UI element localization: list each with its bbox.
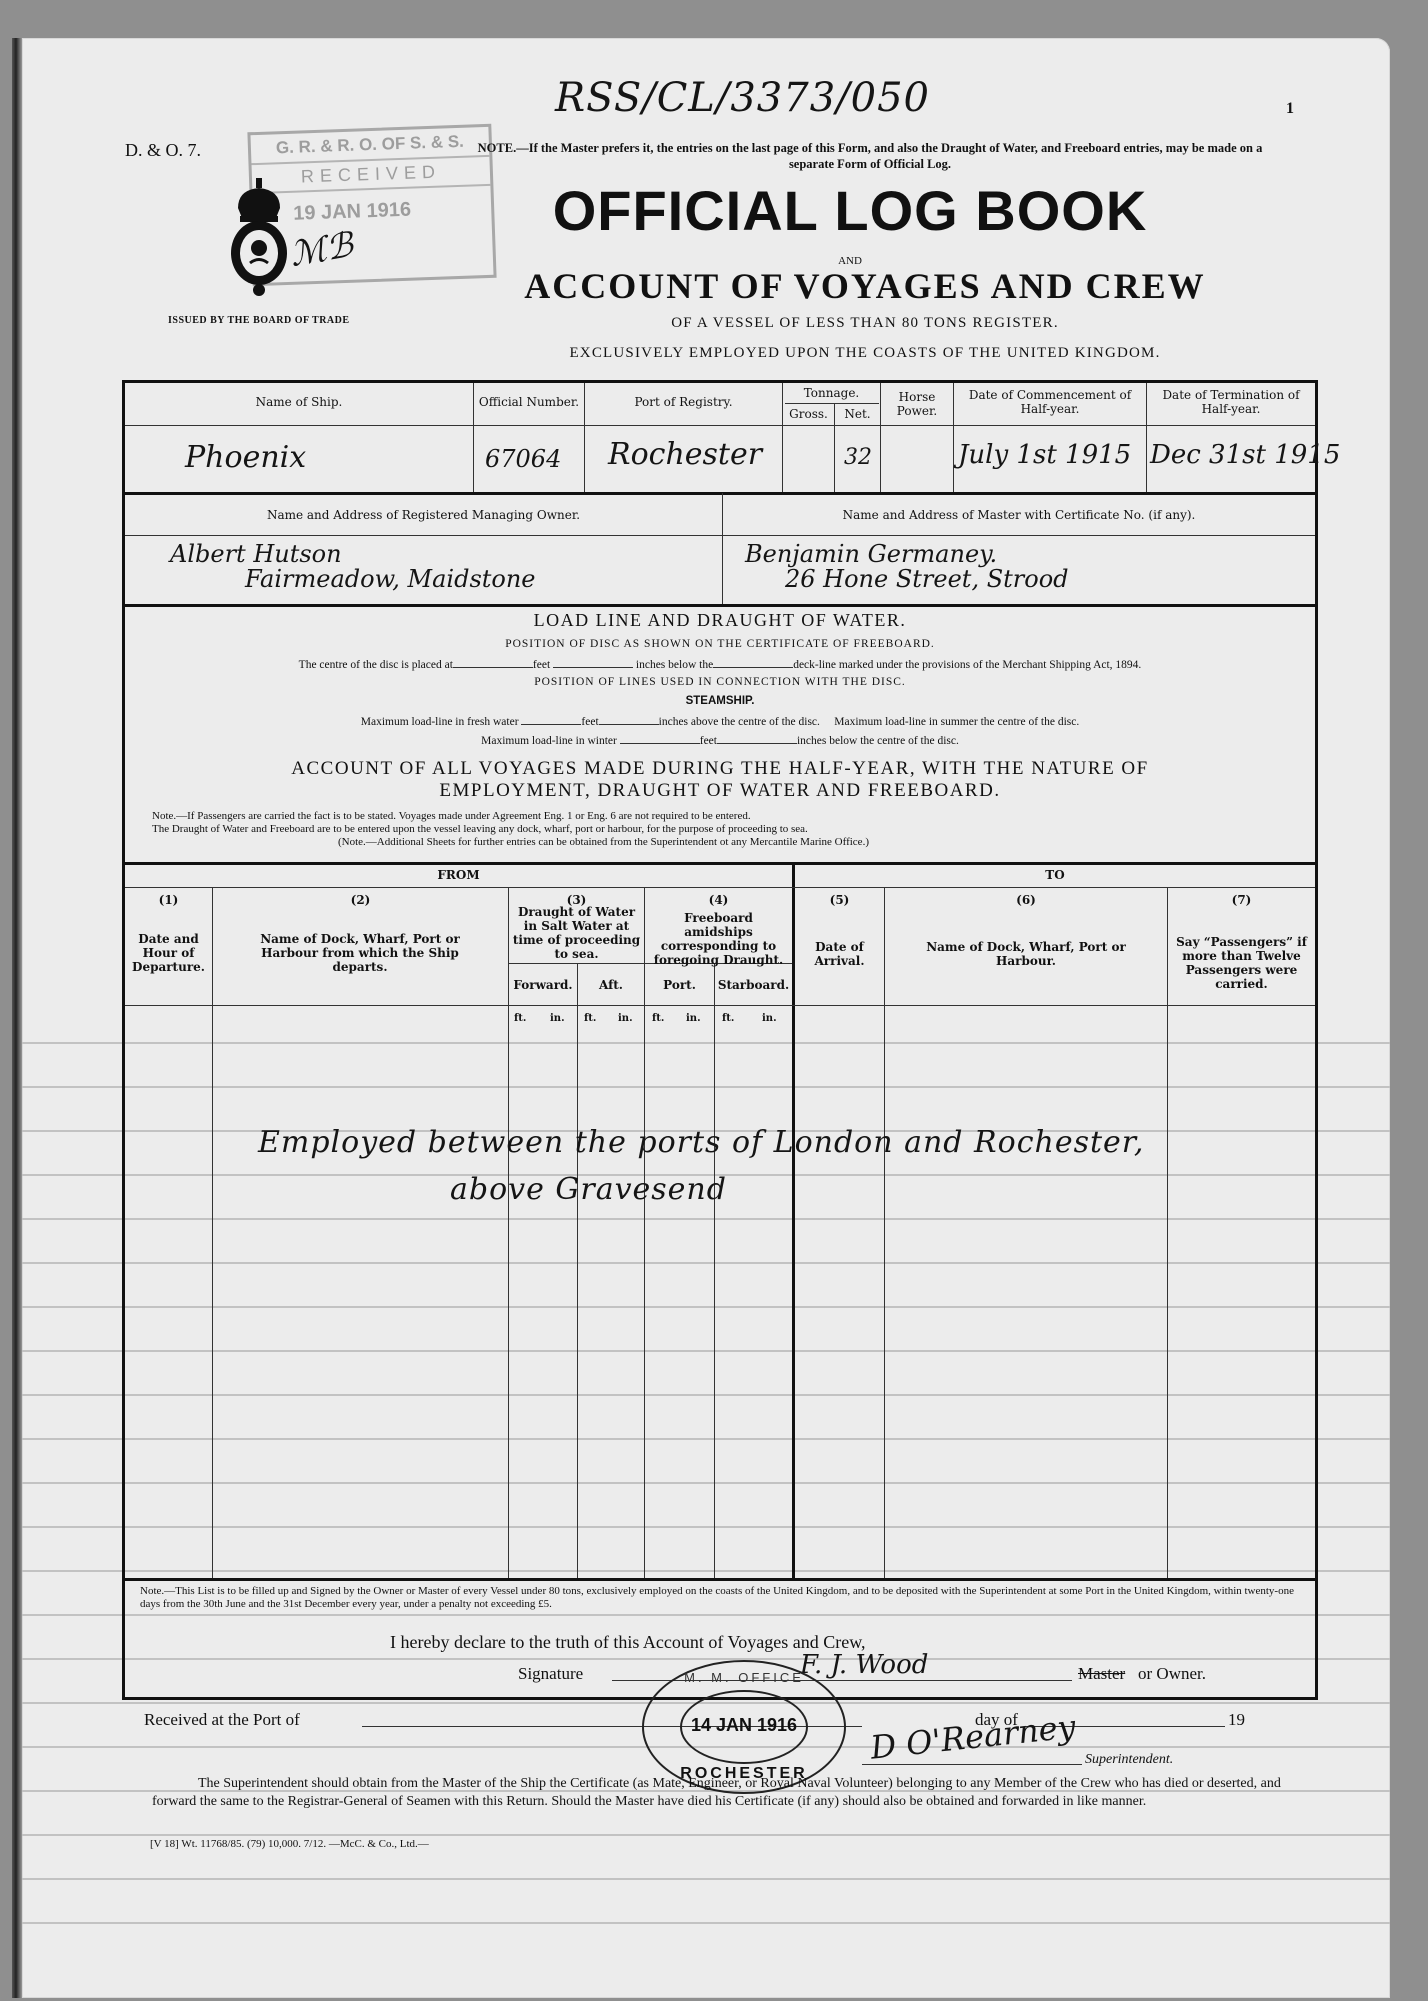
- value-date-termination: Dec 31st 1915: [1150, 440, 1340, 470]
- disc-position-line: The centre of the disc is placed atfeet …: [125, 657, 1315, 671]
- header-gross: Gross.: [783, 407, 834, 421]
- col-6-label: Name of Dock, Wharf, Port or Harbour.: [905, 940, 1147, 968]
- declaration-statement: I hereby declare to the truth of this Ac…: [390, 1632, 866, 1653]
- load-line-title: LOAD LINE AND DRAUGHT OF WATER.: [125, 610, 1315, 631]
- page-number: 1: [1286, 100, 1294, 118]
- winter-label-b: feet: [700, 735, 717, 747]
- summer-line: Maximum load-line in summer the centre o…: [834, 716, 1079, 728]
- subcol-port: Port.: [645, 978, 714, 992]
- col-5-num: (5): [795, 893, 884, 907]
- col-4-label: Freeboard amidships corresponding to for…: [648, 911, 789, 967]
- voyages-title-1: ACCOUNT OF ALL VOYAGES MADE DURING THE H…: [125, 758, 1315, 780]
- voyages-note-2: The Draught of Water and Freeboard are t…: [152, 823, 1302, 836]
- declaration-note: Note.—This List is to be filled up and S…: [140, 1585, 1300, 1611]
- winter-label-a: Maximum load-line in winter: [481, 735, 617, 747]
- owner-name: Albert Hutson: [170, 540, 342, 568]
- year-prefix: 19: [1228, 1710, 1245, 1730]
- unit-ft: ft.: [584, 1012, 596, 1026]
- lines-title: POSITION OF LINES USED IN CONNECTION WIT…: [125, 676, 1315, 688]
- value-name-of-ship: Phoenix: [185, 440, 306, 475]
- signature-label: Signature: [518, 1664, 583, 1684]
- master-name: Benjamin Germaney.: [745, 540, 997, 568]
- value-date-commencement: July 1st 1915: [958, 440, 1131, 470]
- header-name-of-ship: Name of Ship.: [125, 395, 473, 409]
- header-date-termination: Date of Termination of Half-year.: [1147, 388, 1315, 416]
- disc-label-c: inches below the: [636, 659, 713, 671]
- subcol-aft: Aft.: [578, 978, 644, 992]
- book-spine: [12, 38, 22, 1998]
- form-code: D. & O. 7.: [125, 140, 201, 161]
- fresh-label-c: inches above the centre of the disc.: [659, 716, 820, 728]
- royal-crest-icon: [228, 178, 290, 298]
- rochester-stamp: M. M. OFFICE 14 JAN 1916 ROCHESTER: [642, 1660, 846, 1794]
- fresh-label-b: feet: [581, 716, 598, 728]
- superintendent-line[interactable]: [862, 1764, 1082, 1765]
- header-owner: Name and Address of Registered Managing …: [125, 508, 722, 522]
- header-official-number: Official Number.: [474, 395, 584, 409]
- issued-by: ISSUED BY THE BOARD OF TRADE: [168, 315, 350, 326]
- header-net: Net.: [835, 407, 880, 421]
- disc-position-title: POSITION OF DISC AS SHOWN ON THE CERTIFI…: [125, 638, 1315, 650]
- unit-in: in.: [618, 1012, 633, 1026]
- stamp-date: 14 JAN 1916: [644, 1715, 844, 1736]
- stamp-top-text: M. M. OFFICE: [644, 1670, 844, 1685]
- voyages-note-3: (Note.—Additional Sheets for further ent…: [338, 836, 1318, 849]
- top-note: NOTE.—If the Master prefers it, the entr…: [455, 140, 1285, 172]
- to-label: TO: [795, 868, 1315, 882]
- winter-line: Maximum load-line in winter feetinches b…: [125, 733, 1315, 747]
- voyages-note-1: Note.—If Passengers are carried the fact…: [152, 810, 1302, 823]
- disc-inches-blank[interactable]: [553, 657, 633, 668]
- winter-inches-blank[interactable]: [717, 733, 797, 744]
- disc-label-d: deck-line marked under the provisions of…: [793, 659, 1141, 671]
- vessel-class-line: OF A VESSEL OF LESS THAN 80 TONS REGISTE…: [455, 315, 1275, 332]
- fresh-label-a: Maximum load-line in fresh water: [361, 716, 519, 728]
- page-title: OFFICIAL LOG BOOK: [500, 178, 1200, 243]
- voyage-entry-line2: above Gravesend: [450, 1172, 727, 1207]
- steamship-label: STEAMSHIP.: [125, 695, 1315, 707]
- unit-ft: ft.: [514, 1012, 526, 1026]
- header-port-of-registry: Port of Registry.: [585, 395, 782, 409]
- owner-address: Fairmeadow, Maidstone: [245, 565, 536, 593]
- unit-in: in.: [550, 1012, 565, 1026]
- value-official-number: 67064: [485, 445, 561, 473]
- superintendent-instruction: The Superintendent should obtain from th…: [152, 1775, 1317, 1811]
- master-struck: Master: [1078, 1664, 1125, 1684]
- col-1-label: Date and Hour of Departure.: [130, 932, 207, 974]
- col-3-label: Draught of Water in Salt Water at time o…: [512, 905, 641, 961]
- header-horse-power: Horse Power.: [881, 390, 953, 418]
- disc-feet-blank[interactable]: [453, 657, 533, 668]
- voyages-title-2: EMPLOYMENT, DRAUGHT OF WATER AND FREEBOA…: [125, 780, 1315, 802]
- voyage-entry-line1: Employed between the ports of London and…: [258, 1125, 1144, 1160]
- unit-in: in.: [762, 1012, 777, 1026]
- col-2-num: (2): [213, 893, 508, 907]
- page-subtitle: ACCOUNT OF VOYAGES AND CREW: [455, 265, 1275, 307]
- col-6-num: (6): [885, 893, 1167, 907]
- or-owner: or Owner.: [1138, 1664, 1206, 1684]
- col-7-num: (7): [1168, 893, 1315, 907]
- col-5-label: Date of Arrival.: [800, 940, 879, 968]
- fresh-feet-blank[interactable]: [521, 714, 581, 725]
- master-address: 26 Hone Street, Strood: [785, 565, 1069, 593]
- col-1-num: (1): [125, 893, 212, 907]
- unit-in: in.: [686, 1012, 701, 1026]
- col-2-label: Name of Dock, Wharf, Port or Harbour fro…: [250, 932, 470, 974]
- from-label: FROM: [125, 868, 792, 882]
- winter-label-c: inches below the centre of the disc.: [797, 735, 959, 747]
- unit-ft: ft.: [722, 1012, 734, 1026]
- header-master: Name and Address of Master with Certific…: [723, 508, 1315, 522]
- fresh-water-line: Maximum load-line in fresh water feetinc…: [125, 714, 1315, 728]
- col-4-num: (4): [645, 893, 792, 907]
- disc-deck-blank[interactable]: [713, 657, 793, 668]
- winter-feet-blank[interactable]: [620, 733, 700, 744]
- print-code: [V 18] Wt. 11768/85. (79) 10,000. 7/12. …: [150, 1838, 429, 1850]
- disc-label-b: feet: [533, 659, 550, 671]
- header-date-commencement: Date of Commencement of Half-year.: [954, 388, 1146, 416]
- value-port-of-registry: Rochester: [608, 437, 762, 472]
- superintendent-label: Superintendent.: [1085, 1752, 1173, 1768]
- header-tonnage: Tonnage.: [783, 386, 880, 400]
- value-net: 32: [844, 445, 872, 470]
- subcol-starboard: Starboard.: [715, 978, 792, 992]
- unit-ft: ft.: [652, 1012, 664, 1026]
- received-port-label: Received at the Port of: [144, 1710, 300, 1730]
- fresh-inches-blank[interactable]: [599, 714, 659, 725]
- archive-reference: RSS/CL/3373/050: [555, 75, 930, 121]
- disc-label-a: The centre of the disc is placed at: [299, 659, 453, 671]
- col-7-label: Say “Passengers” if more than Twelve Pas…: [1172, 935, 1311, 991]
- subcol-forward: Forward.: [509, 978, 577, 992]
- employment-line: EXCLUSIVELY EMPLOYED UPON THE COASTS OF …: [455, 345, 1275, 362]
